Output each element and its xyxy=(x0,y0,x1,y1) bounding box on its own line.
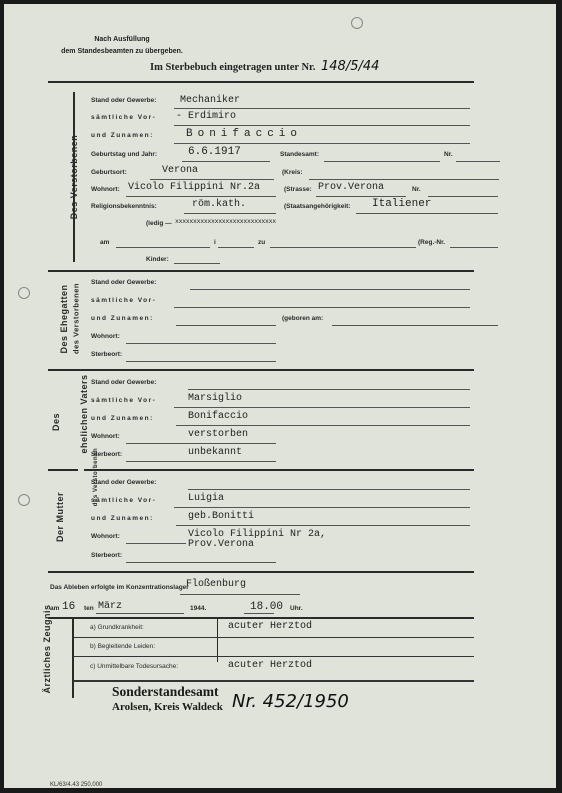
line xyxy=(450,247,498,248)
line xyxy=(174,108,470,109)
medical-row-c-label: c) Unmittelbare Todesursache: xyxy=(90,663,178,670)
father-section-label-1: Des xyxy=(51,402,61,442)
father-first-names: Marsiglio xyxy=(188,393,242,404)
line xyxy=(126,562,276,563)
line xyxy=(174,143,470,144)
line xyxy=(174,263,220,264)
deceased-nr-label: Nr. xyxy=(444,151,453,158)
mother-residence-label: Wohnort: xyxy=(91,533,120,540)
deceased-marital-label: (ledig — xyxy=(146,220,172,227)
death-ten-label: ten xyxy=(84,605,94,612)
deceased-birthdate-label: Geburtstag und Jahr: xyxy=(91,151,157,158)
deceased-street: Prov.Verona xyxy=(318,182,384,193)
line xyxy=(150,179,274,180)
spouse-residence-label: Wohnort: xyxy=(91,333,120,340)
father-deathplace-label: Sterbeort: xyxy=(91,451,122,458)
register-number: 148/5/44 xyxy=(321,59,379,74)
line xyxy=(126,343,276,344)
deceased-occupation-label: Stand oder Gewerbe: xyxy=(91,97,156,104)
line xyxy=(182,161,270,162)
line xyxy=(174,307,470,308)
deceased-district-label: (Kreis: xyxy=(282,169,303,176)
death-time: 18.00 xyxy=(250,601,283,613)
death-uhr-label: Uhr. xyxy=(290,605,303,612)
line xyxy=(190,289,470,290)
deceased-zu-label: zu xyxy=(258,239,265,246)
spouse-first-names-label: sämtliche Vor- xyxy=(91,297,156,304)
medical-row-b-label: b) Begleitende Leiden: xyxy=(90,643,155,650)
death-day: 16 xyxy=(62,601,75,613)
medical-row-c-value: acuter Herztod xyxy=(228,660,312,671)
cell-line xyxy=(73,656,474,657)
spouse-surname-label: und Zunamen: xyxy=(91,315,154,322)
line xyxy=(176,425,470,426)
line xyxy=(244,613,274,614)
spouse-section-label-2: des Verstorbenen xyxy=(72,277,81,361)
punch-hole-left-1 xyxy=(18,287,30,299)
line xyxy=(176,525,470,526)
divider-mother xyxy=(48,571,474,573)
line xyxy=(126,443,276,444)
deceased-residence-label: Wohnort: xyxy=(91,186,120,193)
line xyxy=(126,196,276,197)
line xyxy=(174,407,470,408)
medical-left-border xyxy=(72,618,74,698)
stamp-handwritten-number: Nr. 452/1950 xyxy=(232,691,349,712)
deceased-religion-label: Religionsbekenntnis: xyxy=(91,203,157,210)
deceased-in-label: i xyxy=(214,239,216,246)
deceased-street-nr-label: Nr. xyxy=(412,186,421,193)
mother-deathplace-label: Sterbeort: xyxy=(91,552,122,559)
line xyxy=(456,161,500,162)
deceased-marital-struck: xxxxxxxxxxxxxxxxxxxxxxxxxxxx xyxy=(175,218,276,225)
line xyxy=(176,325,276,326)
mother-section-label: Der Mutter xyxy=(55,477,65,557)
deceased-first-names-label: sämtliche Vor- xyxy=(91,114,156,121)
medical-row-a-value: acuter Herztod xyxy=(228,621,312,632)
mother-surname: geb.Bonitti xyxy=(188,511,254,522)
deceased-occupation: Mechaniker xyxy=(180,95,240,106)
line xyxy=(316,196,406,197)
register-entry: Im Sterbebuch eingetragen unter Nr. 148/… xyxy=(150,59,379,74)
punch-hole-top xyxy=(351,17,363,29)
line xyxy=(324,161,440,162)
mother-first-names-label: sämtliche Vor- xyxy=(91,497,156,504)
cell-line xyxy=(73,637,474,638)
father-surname: Bonifaccio xyxy=(188,411,248,422)
divider-father xyxy=(84,469,474,471)
father-occupation-label: Stand oder Gewerbe: xyxy=(91,379,156,386)
deceased-am-label: am xyxy=(100,239,109,246)
line xyxy=(428,196,498,197)
line xyxy=(174,125,470,126)
deceased-residence: Vicolo Filippini Nr.2a xyxy=(128,182,260,193)
line xyxy=(116,247,210,248)
spouse-deathplace-label: Sterbeort: xyxy=(91,351,122,358)
line xyxy=(126,461,276,462)
stamp-office-name: Sonderstandesamt xyxy=(112,684,219,700)
deceased-street-label: (Strasse: xyxy=(284,186,312,193)
deceased-birthdate: 6.6.1917 xyxy=(188,146,241,158)
spouse-section-label-1: Des Ehegatten xyxy=(59,277,69,361)
father-section-label-2: ehelichen Vaters xyxy=(79,364,89,464)
mother-surname-label: und Zunamen: xyxy=(91,515,154,522)
deceased-religion: röm.kath. xyxy=(192,199,246,210)
spouse-born-label: (geboren am: xyxy=(282,315,323,322)
father-residence-label: Wohnort: xyxy=(91,433,120,440)
death-camp-label: Das Ableben erfolgte im Konzentrationsla… xyxy=(50,584,189,591)
deceased-nationality: Italiener xyxy=(372,198,431,210)
line xyxy=(270,247,416,248)
deceased-registry-label: Standesamt: xyxy=(280,151,319,158)
divider-spouse xyxy=(48,369,474,371)
father-surname-label: und Zunamen: xyxy=(91,415,154,422)
deceased-section-label: Des Verstorbenen xyxy=(69,127,79,227)
deceased-birthplace-label: Geburtsort: xyxy=(91,169,127,176)
line xyxy=(188,489,470,490)
line xyxy=(96,613,184,614)
deceased-regnr-label: (Reg.-Nr. xyxy=(418,239,445,246)
line xyxy=(126,543,186,544)
punch-hole-left-2 xyxy=(18,494,30,506)
death-record-form: Nach Ausfüllung dem Standesbeamten zu üb… xyxy=(4,4,556,788)
mother-residence-line2: Prov.Verona xyxy=(188,539,254,550)
divider-death xyxy=(48,617,474,619)
father-first-names-label: sämtliche Vor- xyxy=(91,397,156,404)
father-side-label: des Verstorbenen xyxy=(93,435,99,519)
mother-first-names: Luigia xyxy=(188,493,224,504)
deceased-first-names: - Erdimiro xyxy=(176,111,236,122)
line xyxy=(332,325,498,326)
line xyxy=(218,247,254,248)
line xyxy=(356,213,498,214)
deceased-surname-label: und Zunamen: xyxy=(91,132,154,139)
divider-deceased xyxy=(48,270,474,272)
medical-section-label: Ärztliches Zeugnis xyxy=(42,599,52,699)
father-mother-divider-left xyxy=(48,469,78,471)
line xyxy=(174,507,470,508)
line xyxy=(180,594,300,595)
deceased-birthplace: Verona xyxy=(162,165,198,176)
line xyxy=(309,179,499,180)
deceased-surname: Bonifaccio xyxy=(186,128,302,140)
header-note: Nach Ausfüllung dem Standesbeamten zu üb… xyxy=(52,34,192,58)
line xyxy=(184,213,276,214)
divider-top xyxy=(48,81,474,83)
father-residence: verstorben xyxy=(188,429,248,440)
cell-line xyxy=(73,680,474,682)
form-code: KL/63/4.43 250,000 xyxy=(50,782,102,788)
deceased-nationality-label: (Staatsangehörigkeit: xyxy=(284,203,350,210)
mother-occupation-label: Stand oder Gewerbe: xyxy=(91,479,156,486)
death-year: 1944. xyxy=(190,605,206,612)
death-month: März xyxy=(98,601,122,612)
death-camp: Floßenburg xyxy=(186,579,246,590)
line xyxy=(126,361,276,362)
stamp-office-location: Arolsen, Kreis Waldeck xyxy=(112,701,223,713)
deceased-children-label: Kinder: xyxy=(146,256,169,263)
line xyxy=(188,389,470,390)
medical-row-a-label: a) Grundkrankheit: xyxy=(90,624,144,631)
father-deathplace: unbekannt xyxy=(188,447,242,458)
spouse-occupation-label: Stand oder Gewerbe: xyxy=(91,279,156,286)
